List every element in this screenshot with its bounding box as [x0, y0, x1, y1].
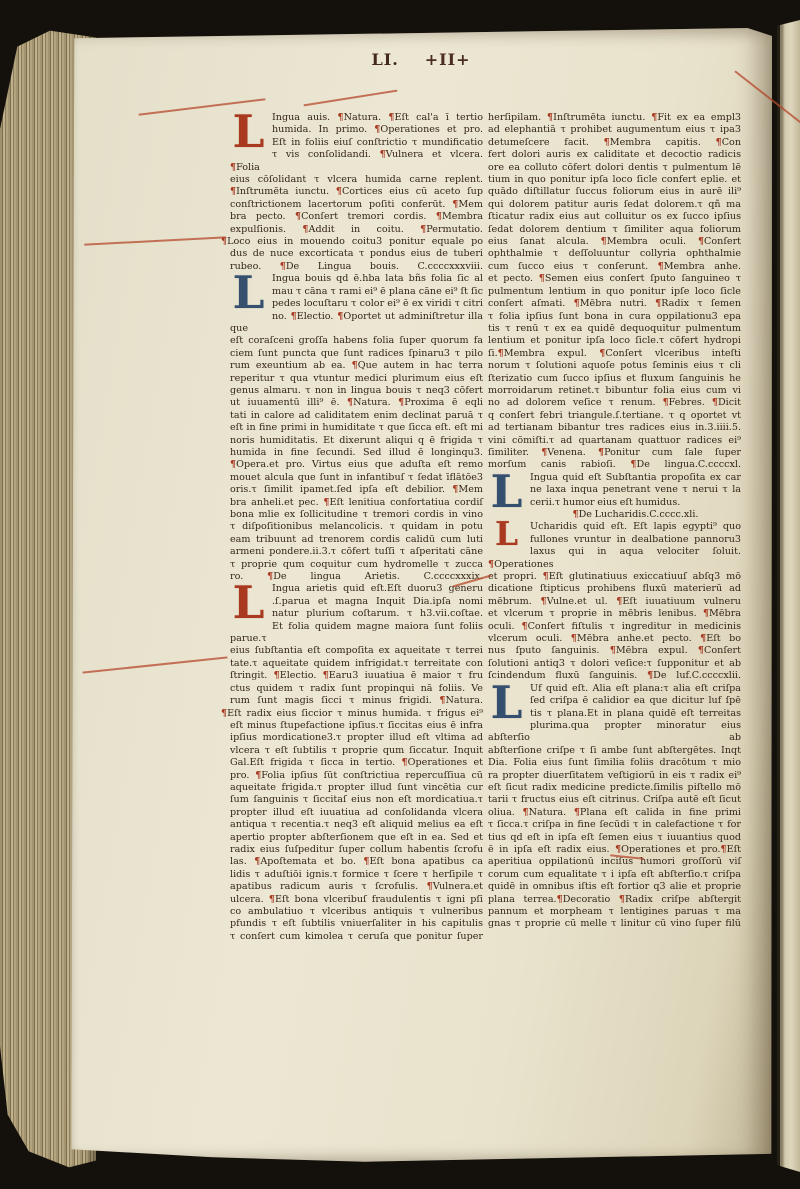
pilcrow-mark: ¶: [615, 844, 621, 855]
text-line: rubeo. ¶De Lingua bouis. C.ccccxxxviii.: [230, 261, 483, 273]
pilcrow-mark: ¶: [647, 670, 653, 681]
pilcrow-mark: ¶: [398, 397, 404, 408]
text-line: ipſius mordicatione3.τ propter illud eſt…: [230, 732, 483, 744]
text-line: mouet alcula que ſunt in infantibuſ τ ſe…: [230, 472, 483, 484]
text-line: Ingua bouis qd ē.hba lata bñs folia ſic …: [230, 273, 483, 285]
pilcrow-mark: ¶: [619, 894, 625, 905]
text-line: tate.τ aqueitate quidem infrigidat.τ ter…: [230, 658, 483, 670]
text-line: eius ſubſtantia eſt compoſita ex aqueita…: [230, 645, 483, 657]
text-line: ore ea colluto cōfert dolori dentis τ pu…: [488, 162, 741, 174]
quire-signature: LI.: [371, 50, 398, 69]
text-line: morſum canis rabioſi. ¶De lingua.C.ccccx…: [488, 459, 741, 471]
text-line: lentium et ponitur ipſa loco ſicle.τ cōf…: [488, 335, 741, 347]
text-column-right: herſipilam. ¶Inſtrumēta iunctu. ¶Fit ex …: [488, 112, 741, 931]
text-line: apertio propter abſterſionem que eſt in …: [230, 832, 483, 844]
pilcrow-mark: ¶: [254, 856, 260, 867]
pilcrow-mark: ¶: [402, 757, 408, 768]
text-line: rum exeuntium ab ea. ¶Que autem in hac t…: [230, 360, 483, 372]
text-line: ¶De Lucharidis.C.cccc.xli.: [488, 509, 741, 521]
text-line: Ingua arietis quid eſt.Eſt duoru3 generu: [230, 583, 483, 595]
text-line: tis τ renū τ ex ea quidē dequoquitur pul…: [488, 323, 741, 335]
pilcrow-mark: ¶: [347, 397, 353, 408]
text-line: Dia. Folia eius ſunt ſimilia foliis drac…: [488, 757, 741, 769]
pilcrow-mark: ¶: [651, 112, 657, 123]
pilcrow-mark: ¶: [336, 186, 342, 197]
text-line: aperitiua oppilationū inciſus humori gro…: [488, 856, 741, 868]
text-line: rum ſunt magis ſicci τ minus frigidi. ¶N…: [230, 695, 483, 707]
text-line: mēbrum. ¶Vulne.et ul. ¶Eſt iuuatiuum vul…: [488, 596, 741, 608]
pilcrow-mark: ¶: [230, 186, 236, 197]
text-line: ſterizatio cum ſucco ipſius et fluxum ſa…: [488, 373, 741, 385]
decorated-initial: L: [230, 584, 267, 621]
decorated-initial: L: [230, 113, 267, 150]
pilcrow-mark: ¶: [539, 273, 545, 284]
text-line: fert dolori auris ex caliditate et decoc…: [488, 149, 741, 161]
pilcrow-mark: ¶: [599, 348, 605, 359]
text-line: ¶Eſt radix eius ſiccior τ minus humida. …: [230, 708, 483, 720]
text-block: LIngua quid eſt Subſtantia propoſita ex …: [488, 472, 741, 522]
text-line: pfundis τ eſt ſubtilis vniuerſaliter in …: [230, 918, 483, 930]
text-block: LUcharidis quid eſt. Eſt lapis egypti⁹ q…: [488, 521, 741, 682]
text-line: vlcerum oculi. ¶Mēbra anhe.et pecto. ¶Eſ…: [488, 633, 741, 645]
pilcrow-mark: ¶: [291, 311, 297, 322]
text-line: dus de nuce excorticata τ pondus eius de…: [230, 248, 483, 260]
text-line: eius ſanat alcula. ¶Membra oculi. ¶Conſe…: [488, 236, 741, 248]
pilcrow-mark: ¶: [698, 236, 704, 247]
text-line: tium in quo ponitur ipſa loco ſicle conf…: [488, 174, 741, 186]
text-line: .ſ.parua et magna Inquit Dia.ipſa nomi: [230, 596, 483, 608]
pilcrow-mark: ¶: [374, 124, 380, 135]
text-line: bra anheli.et pec. ¶Eſt lenitiua confort…: [230, 497, 483, 509]
pilcrow-mark: ¶: [363, 856, 369, 867]
text-line: oris.τ ſimilit ipamet.ſed ipſa eſt debil…: [230, 484, 483, 496]
pilcrow-mark: ¶: [427, 881, 433, 892]
pilcrow-mark: ¶: [269, 894, 275, 905]
pilcrow-mark: ¶: [630, 459, 636, 470]
text-line: no ad dolorem veſice τ renum. ¶Febres. ¶…: [488, 397, 741, 409]
text-line: oculi. ¶Conſert fiſtulis τ ingreditur in…: [488, 621, 741, 633]
pilcrow-mark: ¶: [420, 224, 426, 235]
text-block: LUf quid eſt. Alia eſt plana:τ alia eſt …: [488, 683, 741, 931]
pilcrow-mark: ¶: [574, 807, 580, 818]
text-line: ctus quidem τ radix ſunt propinqui nā fo…: [230, 683, 483, 695]
text-line: humida in fine ſecundi. Sed illud ē long…: [230, 447, 483, 459]
text-line: ulcera. ¶Eſt bona vlceribuſ fraudulentis…: [230, 894, 483, 906]
text-line: ¶Inſtrumēta iunctu. ¶Cortices eius cū ac…: [230, 186, 483, 198]
text-line: ſedat dolorem dentium τ ſimiliter aqua f…: [488, 224, 741, 236]
text-line: τ diſpoſitionibus melancolicis. τ quidam…: [230, 521, 483, 533]
pilcrow-mark: ¶: [521, 621, 527, 632]
text-line: τ conſert cum kimolea τ ceruſa que ponit…: [230, 931, 483, 943]
pilcrow-mark: ¶: [663, 397, 669, 408]
text-line: ra propter diuerſitatem veſtigiorū in ei…: [488, 770, 741, 782]
pilcrow-mark: ¶: [698, 645, 704, 656]
pilcrow-mark: ¶: [720, 844, 726, 855]
text-line: pannum et morpheam τ lentigines paruas τ…: [488, 906, 741, 918]
text-line: ad elephantiā τ prohibet augumentum eius…: [488, 124, 741, 136]
text-line: Eſt in foliis eiuſ conſtrictio τ mundifi…: [230, 137, 483, 149]
text-line: tarii τ fructus eius eſt citrinus. Criſp…: [488, 794, 741, 806]
text-line: ſtringit. ¶Electio. ¶Earu3 iuuatiua ē ma…: [230, 670, 483, 682]
pilcrow-mark: ¶: [337, 311, 343, 322]
text-line: dicatione ſtipticus prohibens fluxū mate…: [488, 583, 741, 595]
pilcrow-mark: ¶: [573, 509, 579, 520]
decorated-initial: L: [488, 522, 525, 547]
text-line: ro. ¶De lingua Arietis. C.ccccxxxix.: [230, 571, 483, 583]
pilcrow-mark: ¶: [255, 770, 261, 781]
text-line: eam tribuunt ad trenorem cordis calidū c…: [230, 534, 483, 546]
pilcrow-mark: ¶: [655, 298, 661, 309]
pilcrow-mark: ¶: [716, 137, 722, 148]
text-line: natur plurium coſtarum. τ h3.vii.coſtae.: [230, 608, 483, 620]
text-line: ſcindendum fluxū ſanguinis. ¶De luf.C.cc…: [488, 670, 741, 682]
pilcrow-mark: ¶: [439, 695, 445, 706]
text-line: eſt in fine primi in humiditate τ que ſi…: [230, 422, 483, 434]
pilcrow-mark: ¶: [280, 261, 286, 272]
pilcrow-mark: ¶: [323, 670, 329, 681]
text-line: ne laxa inqua penetrant vene τ nerui τ l…: [488, 484, 741, 496]
pilcrow-mark: ¶: [274, 670, 280, 681]
pilcrow-mark: ¶: [700, 633, 706, 644]
text-line: ¶Loco eius in mouendo coitu3 ponitur equ…: [230, 236, 483, 248]
decorated-initial: L: [488, 684, 525, 721]
text-line: quādo diſtillatur ſuccus foliorum eius i…: [488, 186, 741, 198]
pilcrow-mark: ¶: [436, 211, 442, 222]
text-line: ad tertianam bibantur tres radices eius …: [488, 422, 741, 434]
text-line: pulmentum lentium in quo ponitur ipſe lo…: [488, 286, 741, 298]
text-line: tis τ plana.Et in plana quidē eſt terrei…: [488, 708, 741, 720]
text-line: τ proprie qum coquitur cum hydromelle τ …: [230, 559, 483, 571]
pilcrow-mark: ¶: [547, 112, 553, 123]
pilcrow-mark: ¶: [323, 497, 329, 508]
pilcrow-mark: ¶: [598, 447, 604, 458]
text-line: apatibus radicum auris τ ſcrofulis. ¶Vul…: [230, 881, 483, 893]
text-line: Gal.Eſt frigida τ ſicca in tertio. ¶Oper…: [230, 757, 483, 769]
text-line: antiqua τ recentia.τ neq3 eſt aliquid me…: [230, 819, 483, 831]
pilcrow-mark: ¶: [302, 224, 308, 235]
text-line: expulſionis. ¶Addit in coitu. ¶Permutati…: [230, 224, 483, 236]
text-line: abſterſione criſpe τ ſi ambe ſunt abſter…: [488, 745, 741, 757]
text-line: plana terrea.¶Decoratio ¶Radix criſpe ab…: [488, 894, 741, 906]
running-header: LI.+II+: [70, 50, 772, 69]
text-line: morroidarum retinet.τ bibuntur folia eiu…: [488, 385, 741, 397]
pilcrow-mark: ¶: [658, 261, 664, 272]
pilcrow-mark: ¶: [352, 360, 358, 371]
text-line: bra pecto. ¶Conſert tremori cordis. ¶Mem…: [230, 211, 483, 223]
text-line: plurima.qua propter minoratur eius abſte…: [488, 720, 741, 745]
text-line: laxus qui in aqua velociter ſoluit. ¶Ope…: [488, 546, 741, 571]
text-line: ſi.¶Membra expul. ¶Conſert vlceribus int…: [488, 348, 741, 360]
pilcrow-mark: ¶: [543, 571, 549, 582]
text-line: radix eius ſuſpeditur ſuper collum haben…: [230, 844, 483, 856]
text-line: qui dolorem patitur auris ſedat dolorem.…: [488, 199, 741, 211]
text-line: las. ¶Apoſtemata et bo. ¶Eſt bona apatib…: [230, 856, 483, 868]
text-line: pro. ¶Folia ipſius ſūt conſtrictiua repe…: [230, 770, 483, 782]
text-block: herſipilam. ¶Inſtrumēta iunctu. ¶Fit ex …: [488, 112, 741, 472]
text-line: cerii.τ humor eius eſt humidus.: [488, 497, 741, 509]
text-line: pedes locuſtaru τ color ei⁹ ē ex viridi …: [230, 298, 483, 310]
pilcrow-mark: ¶: [712, 397, 718, 408]
text-block: LIngua arietis quid eſt.Eſt duoru3 gener…: [230, 583, 483, 943]
decorated-initial: L: [230, 274, 267, 311]
pilcrow-mark: ¶: [230, 459, 236, 470]
text-line: aqueitate frigida.τ propter illud ſunt v…: [230, 782, 483, 794]
text-column-left: LIngua auis. ¶Natura. ¶Eſt cal'a ī terti…: [230, 112, 483, 943]
text-line: et vlcerum τ proprie in mēbris lenibus. …: [488, 608, 741, 620]
text-line: herſipilam. ¶Inſtrumēta iunctu. ¶Fit ex …: [488, 112, 741, 124]
text-line: reperitur τ qua vtuntur medici plurimum …: [230, 373, 483, 385]
text-line: ſum ſanguinis τ ſiccitaſ eius non eſt mo…: [230, 794, 483, 806]
text-line: quidē in omnibus iſtis eſt fortior q3 al…: [488, 881, 741, 893]
text-line: ophthalmie τ deſſoluuntur collyria ophth…: [488, 248, 741, 260]
pilcrow-mark: ¶: [523, 807, 529, 818]
text-line: cum ſucco eius τ conſerunt. ¶Membra anhe…: [488, 261, 741, 273]
text-block: LIngua auis. ¶Natura. ¶Eſt cal'a ī terti…: [230, 112, 483, 273]
text-line: vini cōmiſti.τ ad quartanam quattuor rad…: [488, 435, 741, 447]
text-line: ¶Opera.et pro. Virtus eius que aduſta eſ…: [230, 459, 483, 471]
pilcrow-mark: ¶: [498, 348, 504, 359]
text-line: humida. In primo. ¶Operationes et pro.: [230, 124, 483, 136]
text-line: ciem ſunt puncta que ſunt radices ſpinar…: [230, 348, 483, 360]
text-line: Et folia quidem magne maiora ſunt foliis…: [230, 621, 483, 646]
next-page-edge: [777, 20, 800, 1172]
text-line: no. ¶Electio. ¶Oportet ut adminiſtretur …: [230, 311, 483, 336]
pilcrow-mark: ¶: [574, 298, 580, 309]
text-line: conſtrictionem lacertorum poſiti conferū…: [230, 199, 483, 211]
pilcrow-mark: ¶: [380, 149, 386, 160]
pilcrow-mark: ¶: [557, 894, 563, 905]
pilcrow-mark: ¶: [541, 447, 547, 458]
decorated-initial: L: [488, 473, 525, 510]
text-line: genus almaru. τ non in lingua bouis τ ne…: [230, 385, 483, 397]
pilcrow-mark: ¶: [604, 137, 610, 148]
pilcrow-mark: ¶: [452, 199, 458, 210]
text-line: armeni pondere.ii.3.τ cōfert tuſſi τ aſp…: [230, 546, 483, 558]
text-line: et pecto. ¶Semen eius conſert ſputo ſang…: [488, 273, 741, 285]
text-line: norum τ ſolutioni aquoſe potus ſeminis e…: [488, 360, 741, 372]
folio-number: +II+: [425, 50, 471, 69]
pilcrow-mark: ¶: [703, 608, 709, 619]
pilcrow-mark: ¶: [337, 112, 343, 123]
text-line: mau τ cāna τ rami ei⁹ ē plana cāne ei⁹ ſ…: [230, 286, 483, 298]
text-line: eſt coraſceni groſſa habens folia ſuper …: [230, 335, 483, 347]
pilcrow-mark: ¶: [571, 633, 577, 644]
text-line: noris humiditatis. Et dixerunt aliqui q …: [230, 435, 483, 447]
pilcrow-mark: ¶: [230, 162, 236, 173]
text-line: eſt minus ſtupefactione ipſius.τ ſiccita…: [230, 720, 483, 732]
pilcrow-mark: ¶: [610, 645, 616, 656]
text-line: conſert aſmati. ¶Mēbra nutri. ¶Radix τ ſ…: [488, 298, 741, 310]
text-line: vlcera τ eſt ſubtilis τ proprie qum ſicc…: [230, 745, 483, 757]
text-line: Ucharidis quid eſt. Eſt lapis egypti⁹ qu…: [488, 521, 741, 533]
text-line: Uf quid eſt. Alia eſt plana:τ alia eſt c…: [488, 683, 741, 695]
pilcrow-mark: ¶: [452, 484, 458, 495]
text-line: oliua. ¶Natura. ¶Plana eſt calida in fin…: [488, 807, 741, 819]
text-block: LIngua bouis qd ē.hba lata bñs folia ſic…: [230, 273, 483, 583]
text-line: τ folia ipſius ſunt bona in cura oppilat…: [488, 311, 741, 323]
text-line: bona mlie ex ſollicitudine τ tremori cor…: [230, 509, 483, 521]
text-line: Ingua auis. ¶Natura. ¶Eſt cal'a ī tertio: [230, 112, 483, 124]
text-line: lidis τ aduſtiōi ignis.τ formice τ ſcere…: [230, 869, 483, 881]
pilcrow-mark: ¶: [541, 596, 547, 607]
text-line: co ambulatiuo τ vlceribus antiquis τ vul…: [230, 906, 483, 918]
text-line: τ vis conſolidandi. ¶Vulnera et vlcera. …: [230, 149, 483, 174]
pilcrow-mark: ¶: [295, 211, 301, 222]
text-line: τ ſicca.τ criſpa in fine ſecūdi τ in cal…: [488, 819, 741, 831]
text-line: et propri. ¶Eſt glutinatiuus exiccatiuuſ…: [488, 571, 741, 583]
text-line: eius cōſolidant τ vlcera humida carne re…: [230, 174, 483, 186]
text-line: ſolutioni antiq3 τ dolori veſice:τ ſuppo…: [488, 658, 741, 670]
text-line: ſimiliter. ¶Venena. ¶Ponitur cum ſale ſu…: [488, 447, 741, 459]
text-line: propter illud eſt iuuatiua ad conſolidan…: [230, 807, 483, 819]
text-line: nus ſputo ſanguinis. ¶Mēbra expul. ¶Conſ…: [488, 645, 741, 657]
text-line: corum cum equalitate τ i ipſa eſt abſter…: [488, 869, 741, 881]
text-line: detumeſcere facit. ¶Membra capitis. ¶Con: [488, 137, 741, 149]
pilcrow-mark: ¶: [388, 112, 394, 123]
text-line: ſticatur radix eius aut colluitur os ex …: [488, 211, 741, 223]
pilcrow-mark: ¶: [601, 236, 607, 247]
pilcrow-mark: ¶: [616, 596, 622, 607]
text-line: gnas τ proprie cū melle τ linitur cū vin…: [488, 918, 741, 930]
text-line: tius qd eſt in ipſa eſt ſemen eius τ iuu…: [488, 832, 741, 844]
pilcrow-mark: ¶: [221, 708, 227, 719]
pilcrow-mark: ¶: [488, 559, 494, 570]
text-line: q conſert febri triangule.ſ.tertiane. τ …: [488, 410, 741, 422]
text-line: ſed criſpa ē calidior ea que dicitur luf…: [488, 695, 741, 707]
text-line: tati in calore ad caliditatem enim decli…: [230, 410, 483, 422]
pilcrow-mark: ¶: [267, 571, 273, 582]
text-line: ut iuuamentū illi⁹ ē. ¶Natura. ¶Proxima …: [230, 397, 483, 409]
text-line: Ingua quid eſt Subſtantia propoſita ex c…: [488, 472, 741, 484]
text-line: eſt ſicut radix medicine predicte.ſimili…: [488, 782, 741, 794]
text-line: fullones vruntur in dealbatione pannoru3: [488, 534, 741, 546]
